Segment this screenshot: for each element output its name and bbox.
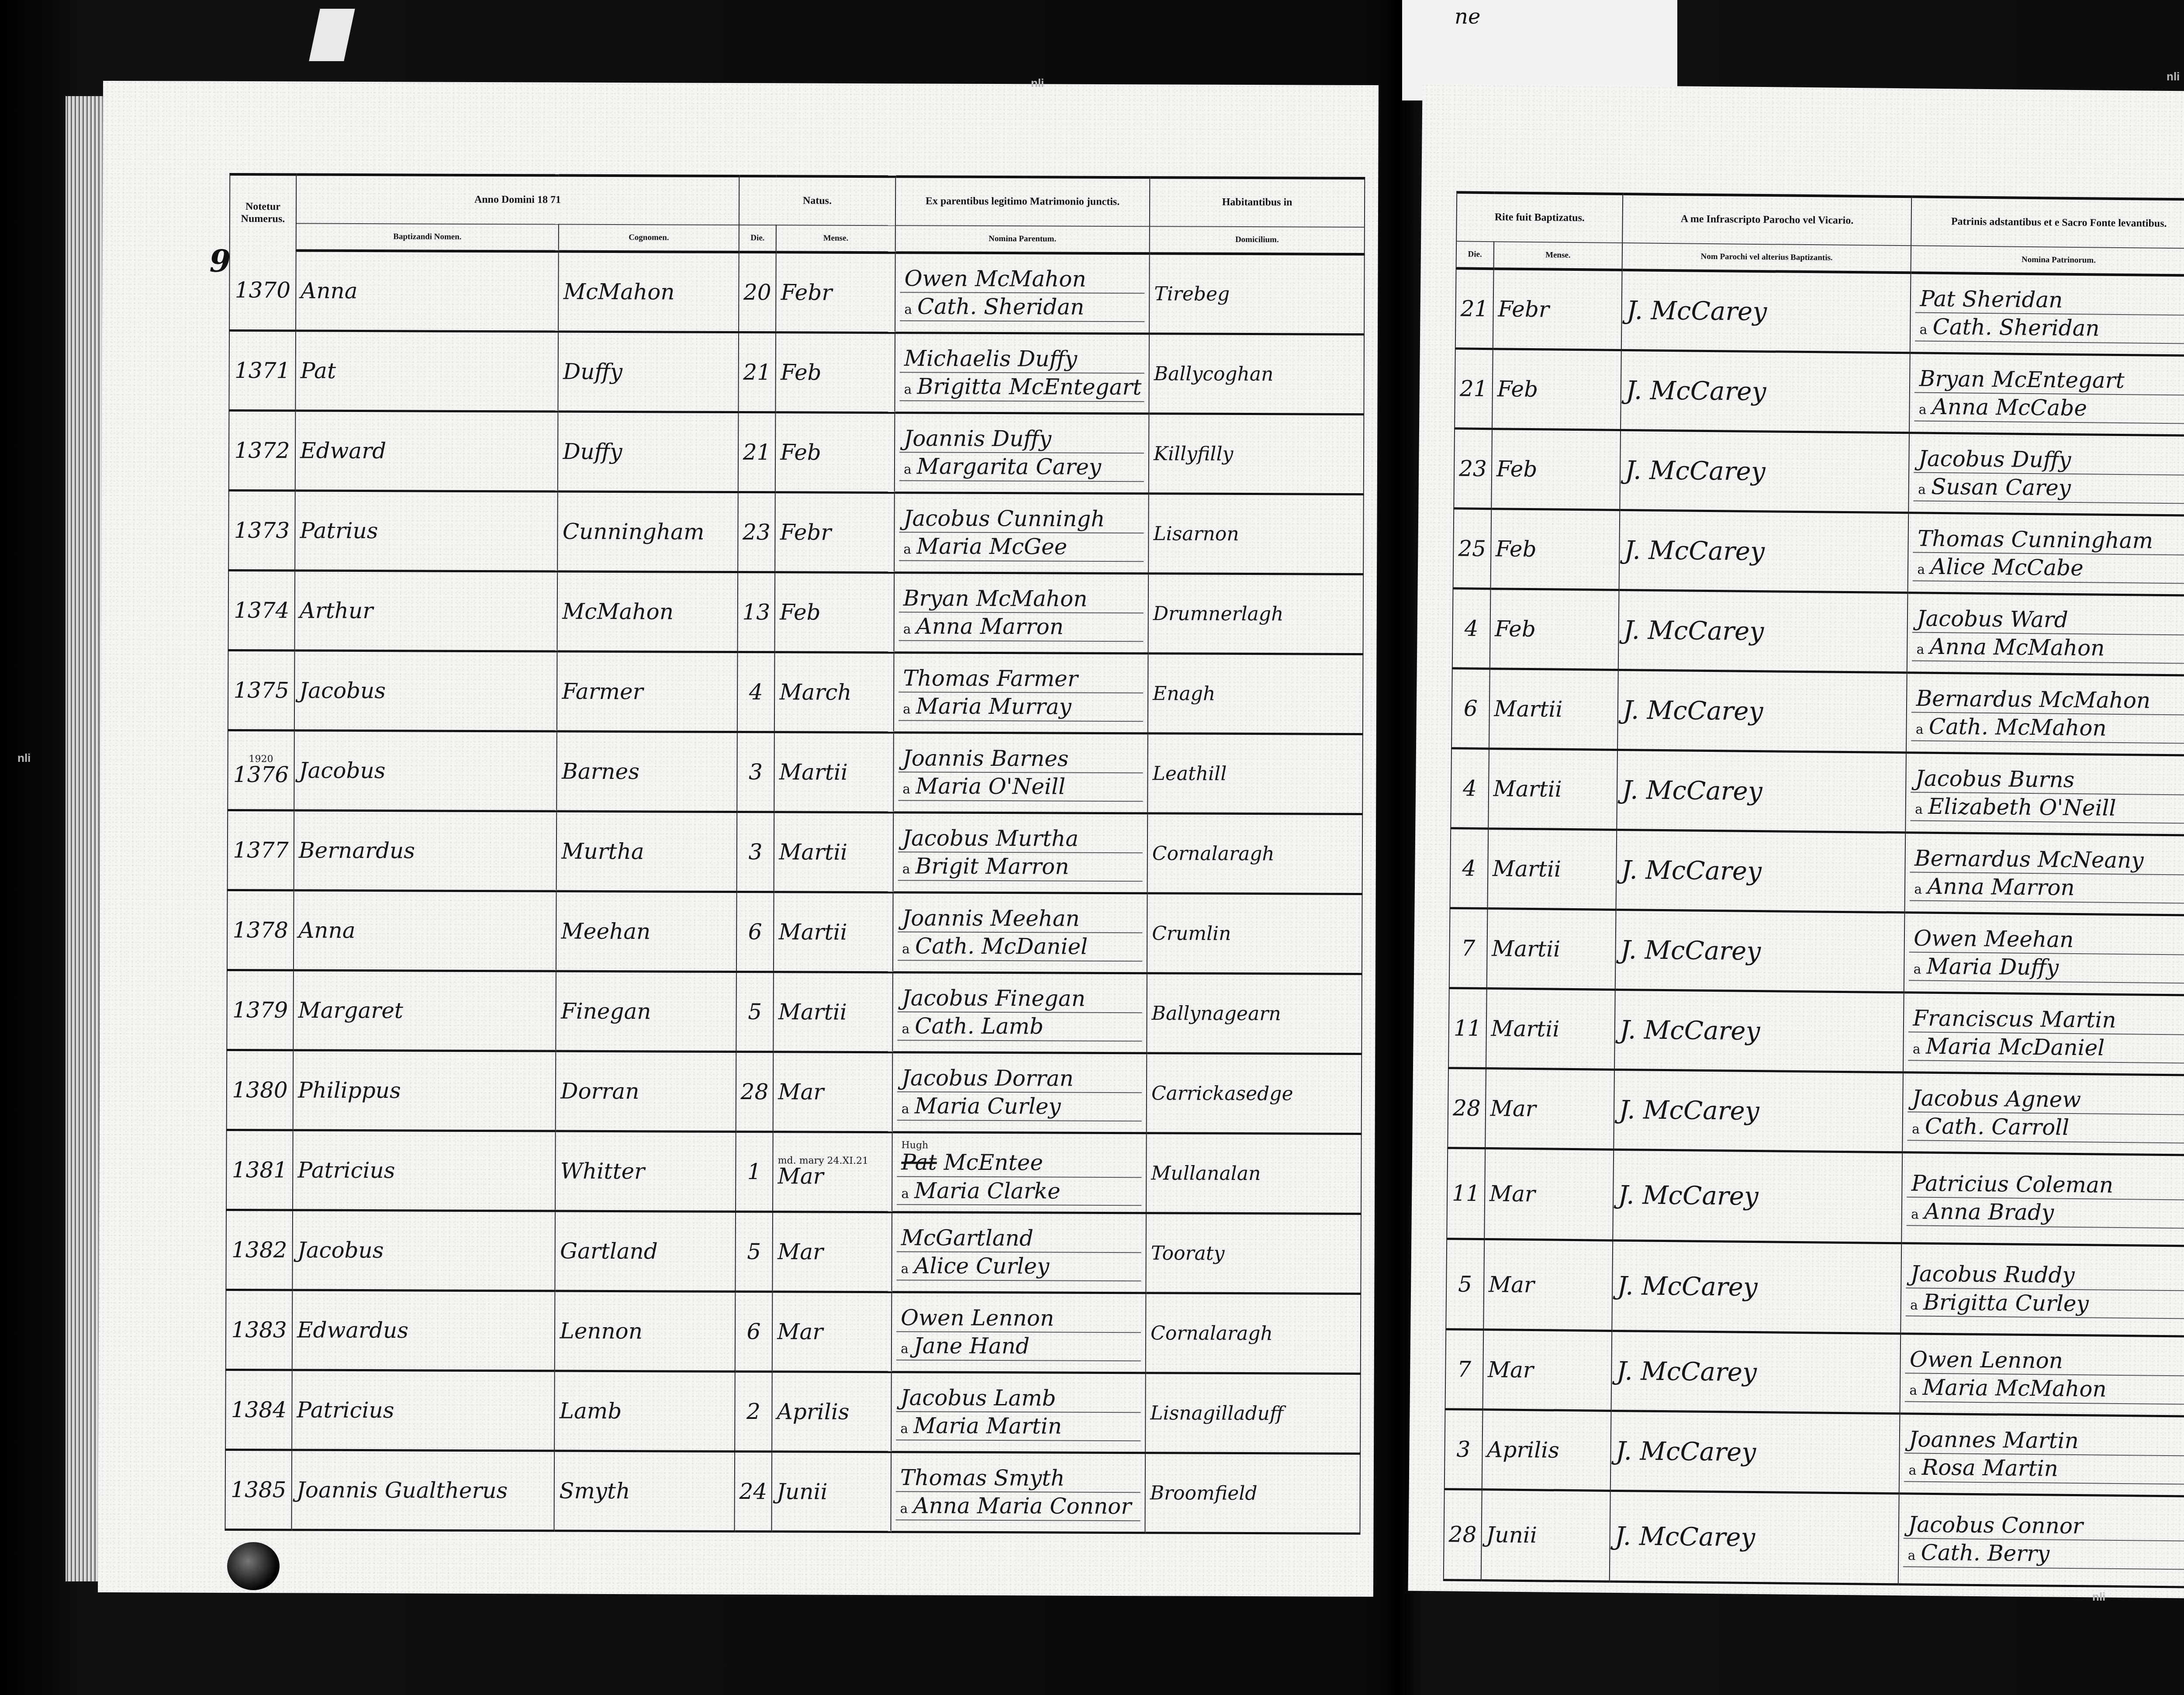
father-name: Jacobus Dorran: [902, 1065, 1074, 1091]
abode: Mullanalan: [1146, 1133, 1362, 1214]
entry-number: 1377: [228, 810, 294, 890]
baptized-surname: Cunningham: [558, 491, 738, 572]
baptism-month: Feb: [1489, 589, 1619, 670]
abode: Ballycoghan: [1149, 334, 1364, 415]
mother-line: aCath. Sheridan: [900, 293, 1144, 322]
father-line: Jacobus Lamb: [896, 1384, 1140, 1413]
birth-month-value: Aprilis: [777, 1399, 850, 1425]
baptism-month: Martii: [1486, 909, 1616, 990]
father-line: Jacobus Finegan: [898, 984, 1142, 1013]
register-row: 4FebJ. McCareyJacobus WardaAnna McMahon: [1452, 588, 2184, 679]
godmother-name: Anna Brady: [1924, 1199, 2054, 1225]
header-dies: Die.: [1456, 241, 1494, 269]
godmother-name: Anna McMahon: [1929, 634, 2105, 661]
father-line: Thomas Smyth: [896, 1464, 1140, 1493]
father-line: Bryan McMahon: [899, 585, 1144, 613]
et-mark: a: [1911, 1207, 1919, 1222]
entry-number: 1384: [225, 1370, 292, 1450]
godmother-line: aCath. Carroll: [1908, 1112, 2184, 1143]
abode: Cornalaragh: [1146, 1293, 1361, 1374]
godfather-name: Patricius Coleman: [1911, 1170, 2114, 1197]
header-anno-domini: Anno Domini 18 71: [296, 174, 739, 225]
father-line: Joannis Duffy: [899, 425, 1144, 453]
mother-line: aMaria Murray: [898, 692, 1143, 721]
baptized-surname: Lamb: [555, 1371, 735, 1451]
entry-number-value: 1372: [234, 438, 290, 463]
parents: Jacobus FineganaCath. Lamb: [892, 972, 1147, 1053]
baptism-day: 28: [1444, 1489, 1482, 1580]
baptism-month: Feb: [1492, 349, 1621, 430]
baptized-name: Pat: [295, 331, 558, 412]
sponsors: Jacobus WardaAnna McMahon: [1907, 593, 2184, 675]
mother-line: aMaria McGee: [899, 533, 1144, 561]
father-name: Michaelis Duffy: [904, 346, 1077, 371]
officiating-priest: J. McCarey: [1611, 1331, 1901, 1413]
godfather-line: Jacobus Ward: [1912, 605, 2184, 636]
baptized-name: Margaret: [293, 970, 556, 1051]
godfather-line: Bryan McEntegart: [1914, 365, 2184, 396]
godfather-line: Joannes Martin: [1904, 1425, 2184, 1456]
godfather-name: Jacobus Burns: [1915, 765, 2075, 792]
abode: Lisnagilladuff: [1145, 1373, 1361, 1454]
register-row: 1370AnnaMcMahon20FebrOwen McMahonaCath. …: [229, 250, 1365, 335]
birth-day: 3: [736, 812, 774, 892]
et-mark: a: [903, 622, 911, 637]
birth-month: March: [774, 652, 894, 733]
right-page: Rite fuit Baptizatus. A me Infrascripto …: [1408, 84, 2184, 1603]
parents: Jacobus CunninghaMaria McGee: [894, 493, 1149, 574]
godfather-line: Patricius Coleman: [1907, 1169, 2184, 1200]
birth-month-value: Martii: [778, 999, 847, 1025]
officiating-priest: J. McCarey: [1617, 670, 1907, 752]
baptism-day: 11: [1448, 988, 1486, 1069]
register-row: 1371PatDuffy21FebMichaelis DuffyaBrigitt…: [229, 330, 1364, 414]
sponsors: Pat SheridanaCath. Sheridan: [1910, 273, 2184, 356]
mother-name: Alice Curley: [914, 1253, 1049, 1279]
godfather-name: Thomas Cunningham: [1918, 526, 2153, 553]
register-row: 1385Joannis GualtherusSmyth24JuniiThomas…: [225, 1449, 1360, 1533]
baptized-name: Joannis Gualtherus: [291, 1450, 554, 1531]
header-rite: Rite fuit Baptizatus.: [1456, 192, 1623, 243]
birth-day: 13: [737, 572, 775, 652]
godfather-line: Jacobus Ruddy: [1906, 1260, 2184, 1291]
mother-name: Brigitta McEntegart: [917, 374, 1141, 400]
godfather-line: Pat Sheridan: [1915, 285, 2184, 316]
birth-month: Feb: [775, 412, 895, 493]
entry-number: 1380: [227, 1050, 294, 1130]
et-mark: a: [1919, 322, 1927, 338]
right-register-table: Rite fuit Baptizatus. A me Infrascripto …: [1443, 191, 2184, 1592]
entry-number: 1373: [228, 490, 295, 571]
birth-month: Mar: [773, 1212, 892, 1292]
birth-day: 24: [734, 1451, 772, 1531]
sponsors: Jacobus RuddyaBrigitta Curley: [1901, 1243, 2184, 1336]
sponsors: Jacobus AgnewaCath. Carroll: [1903, 1072, 2184, 1155]
register-row: 5MarJ. McCareyJacobus RuddyaBrigitta Cur…: [1446, 1238, 2184, 1340]
baptized-name: Jacobus: [294, 650, 557, 731]
father-line: Michaelis Duffy: [900, 345, 1144, 374]
mother-line: aAnna Maria Connor: [896, 1492, 1140, 1521]
entry-number: 1382: [226, 1210, 293, 1290]
godmother-name: Rosa Martin: [1921, 1455, 2058, 1481]
birth-month-value: Martii: [778, 919, 847, 945]
baptized-surname: McMahon: [557, 571, 738, 652]
register-row: 4MartiiJ. McCareyJacobus BurnsaElizabeth…: [1451, 748, 2184, 839]
abode: Lisarnon: [1148, 494, 1364, 574]
birth-month-value: Martii: [779, 839, 847, 865]
father-line: Joannis Meehan: [898, 904, 1142, 933]
sponsors: Bernardus McMahonaCath. McMahon: [1906, 673, 2184, 755]
baptism-day: 21: [1455, 349, 1493, 429]
entry-number-value: 1384: [231, 1397, 287, 1422]
baptism-day: 21: [1455, 268, 1493, 349]
mother-name: Anna Maria Connor: [913, 1493, 1131, 1519]
abode: Crumlin: [1147, 893, 1362, 974]
register-row: 4MartiiJ. McCareyBernardus McNeanyaAnna …: [1450, 828, 2184, 919]
godmother-name: Anna McCabe: [1932, 394, 2087, 421]
register-row: 25FebJ. McCareyThomas CunninghamaAlice M…: [1453, 508, 2184, 599]
father-name: Jacobus Cunningh: [903, 505, 1105, 532]
watermark: nli: [17, 751, 31, 765]
officiating-priest: J. McCarey: [1610, 1491, 1899, 1584]
et-mark: a: [1914, 882, 1922, 897]
birth-month-value: Feb: [780, 439, 821, 465]
et-mark: a: [902, 782, 910, 797]
baptism-month: Feb: [1491, 429, 1621, 510]
mother-line: aCath. Lamb: [897, 1012, 1142, 1041]
et-mark: a: [904, 462, 912, 477]
godfather-line: Jacobus Duffy: [1914, 445, 2184, 476]
godmother-line: aSusan Carey: [1914, 473, 2184, 504]
sponsors: Owen LennonaMaria McMahon: [1900, 1334, 2184, 1416]
father-name: Jacobus Murtha: [902, 825, 1078, 851]
birth-month-value: Feb: [781, 360, 822, 385]
godmother-line: aCath. McMahon: [1911, 713, 2184, 744]
baptized-surname: Duffy: [558, 332, 739, 412]
header-abode-sub: Domicilium.: [1150, 226, 1365, 254]
mother-name: Jane Hand: [914, 1333, 1030, 1359]
slip-mark: ne: [1455, 4, 1480, 29]
register-row: 23FebJ. McCareyJacobus DuffyaSusan Carey: [1454, 429, 2184, 519]
parents: McGartlandaAlice Curley: [892, 1212, 1146, 1293]
birth-day: 23: [738, 492, 775, 572]
birth-month: Martii: [774, 892, 893, 972]
godfather-line: Owen Meehan: [1909, 924, 2184, 955]
baptized-name: Patricius: [293, 1130, 556, 1211]
watermark: nli: [2092, 1590, 2105, 1604]
et-mark: a: [1908, 1548, 1916, 1564]
folio-number: 9: [209, 243, 231, 279]
godfather-line: Bernardus McMahon: [1911, 685, 2184, 716]
father-line: HughPat McEntee: [897, 1139, 1141, 1178]
baptized-name: Bernardus: [294, 810, 557, 891]
birth-month: Feb: [776, 332, 895, 413]
godfather-line: Jacobus Agnew: [1908, 1084, 2184, 1115]
abode: Tirebeg: [1149, 253, 1365, 334]
birth-month-value: Feb: [780, 599, 821, 625]
sponsors: Bernardus McNeanyaAnna Marron: [1905, 833, 2184, 915]
et-mark: a: [1913, 962, 1921, 977]
birth-day: 2: [735, 1371, 772, 1451]
register-row: 3AprilisJ. McCareyJoannes MartinaRosa Ma…: [1444, 1409, 2184, 1500]
sponsors: Patricius ColemanaAnna Brady: [1902, 1152, 2184, 1246]
register-row: 1375JacobusFarmer4MarchThomas FarmeraMar…: [228, 650, 1363, 734]
godfather-name: Bernardus McMahon: [1916, 685, 2150, 713]
register-row: 1373PatriusCunningham23FebrJacobus Cunni…: [228, 490, 1364, 574]
baptism-day: 7: [1445, 1329, 1483, 1410]
birth-day: 5: [736, 972, 774, 1052]
register-row: 7MarJ. McCareyOwen LennonaMaria McMahon: [1445, 1329, 2184, 1420]
godmother-name: Susan Carey: [1931, 474, 2071, 501]
et-mark: a: [904, 382, 912, 397]
register-row: 21FebrJ. McCareyPat SheridanaCath. Sheri…: [1455, 268, 2184, 360]
birth-day: 21: [738, 412, 775, 492]
abode: Killyfilly: [1149, 414, 1364, 495]
godfather-line: Owen Lennon: [1905, 1346, 2184, 1377]
baptized-name: Patricius: [292, 1370, 555, 1451]
register-row: 6MartiiJ. McCareyBernardus McMahonaCath.…: [1451, 668, 2184, 759]
parents: Thomas SmythaAnna Maria Connor: [891, 1452, 1145, 1533]
birth-month: Junii: [772, 1452, 891, 1532]
baptism-day: 11: [1447, 1148, 1485, 1239]
birth-day: 6: [735, 1291, 772, 1371]
baptism-day: 25: [1453, 508, 1491, 589]
birth-day: 20: [739, 252, 776, 332]
father-name: Bryan McMahon: [903, 585, 1088, 611]
register-row: 1374ArthurMcMahon13FebBryan McMahonaAnna…: [228, 570, 1363, 654]
entry-number-value: 1382: [232, 1237, 287, 1263]
baptism-day: 6: [1451, 668, 1489, 749]
godmother-name: Elizabeth O'Neill: [1928, 794, 2116, 821]
parents: HughPat McEnteeaMaria Clarke: [892, 1132, 1147, 1213]
godfather-name: Jacobus Ruddy: [1911, 1261, 2075, 1288]
sponsors: Bryan McEntegartaAnna McCabe: [1909, 353, 2184, 436]
godfather-name: Jacobus Connor: [1908, 1512, 2083, 1539]
baptism-month: Mar: [1485, 1069, 1614, 1150]
godmother-name: Cath. Sheridan: [1932, 314, 2100, 341]
register-row: 28MarJ. McCareyJacobus AgnewaCath. Carro…: [1448, 1068, 2184, 1159]
sponsors: Franciscus MartinaMaria McDaniel: [1903, 993, 2184, 1075]
birth-month-value: Martii: [779, 759, 848, 785]
entry-number-value: 1383: [231, 1317, 287, 1342]
baptism-month: Martii: [1488, 749, 1617, 830]
baptized-surname: Gartland: [555, 1211, 736, 1291]
entry-number: 19201376: [228, 730, 294, 810]
mother-line: aCath. McDaniel: [898, 932, 1142, 961]
father-name: Joannis Duffy: [904, 425, 1051, 451]
register-row: 1378AnnaMeehan6MartiiJoannis MeehanaCath…: [227, 890, 1362, 974]
left-page: Notetur Numerus. Anno Domini 18 71 Natus…: [98, 81, 1379, 1597]
officiating-priest: J. McCarey: [1620, 430, 1910, 512]
father-line: Owen Lennon: [896, 1304, 1141, 1333]
register-row: 7MartiiJ. McCareyOwen MeehanaMaria Duffy: [1449, 908, 2184, 999]
birth-day: 4: [737, 652, 775, 732]
godfather-name: Owen Lennon: [1910, 1346, 2063, 1373]
birth-day: 1: [736, 1131, 773, 1211]
abode: Cornalaragh: [1147, 813, 1363, 894]
birth-month: md. mary 24.XI.21Mar: [773, 1132, 892, 1212]
baptized-name: Jacobus: [292, 1210, 555, 1291]
register-row: 1372EdwardDuffy21FebJoannis DuffyaMargar…: [229, 410, 1364, 494]
godfather-line: Thomas Cunningham: [1913, 525, 2184, 556]
header-abode: Habitantibus in: [1150, 177, 1365, 227]
struck-name: Pat: [901, 1150, 937, 1175]
godfather-name: Franciscus Martin: [1913, 1005, 2116, 1032]
baptized-name: Edwardus: [292, 1290, 555, 1371]
godmother-line: aAnna Brady: [1907, 1198, 2184, 1229]
header-natus: Natus.: [739, 176, 896, 225]
parents: Jacobus DorranaMaria Curley: [892, 1052, 1147, 1133]
header-baptizandi: Baptizandi Nomen.: [296, 223, 559, 251]
baptism-month: Feb: [1490, 509, 1620, 590]
baptism-day: 7: [1449, 908, 1487, 989]
godfather-line: Jacobus Connor: [1904, 1511, 2184, 1542]
father-name: McGartland: [901, 1225, 1033, 1251]
register-row: 11MarJ. McCareyPatricius ColemanaAnna Br…: [1447, 1148, 2184, 1250]
baptized-surname: Dorran: [556, 1051, 736, 1131]
mother-name: Maria Clarke: [914, 1178, 1061, 1204]
watermark: nli: [1031, 76, 1044, 90]
father-line: Thomas Farmer: [898, 664, 1143, 693]
baptized-name: Anna: [294, 890, 556, 971]
entry-number-value: 1385: [231, 1477, 286, 1502]
birth-month: Febr: [775, 492, 894, 573]
mother-line: aMaria O'Neill: [898, 772, 1143, 801]
birth-month: Feb: [775, 572, 894, 653]
entry-number: 1372: [229, 410, 296, 491]
godmother-line: aElizabeth O'Neill: [1911, 792, 2184, 823]
abode: Drumnerlagh: [1148, 574, 1363, 654]
mother-name: Maria O'Neill: [916, 773, 1065, 799]
godfather-line: Jacobus Burns: [1911, 764, 2184, 796]
et-mark: a: [901, 1341, 909, 1356]
entry-number: 1381: [226, 1130, 293, 1210]
abode: Carrickasedge: [1147, 1053, 1362, 1134]
godmother-name: Brigitta Curley: [1923, 1289, 2089, 1316]
entry-number-value: 1374: [234, 598, 289, 623]
birth-day: 28: [736, 1052, 773, 1131]
father-line: Jacobus Cunningh: [899, 505, 1144, 533]
entry-number-value: 1377: [233, 837, 288, 863]
godmother-line: aMaria McDaniel: [1908, 1032, 2184, 1063]
baptism-day: 4: [1450, 828, 1488, 909]
officiating-priest: J. McCarey: [1616, 830, 1906, 912]
register-row: 1384PatriciusLamb2AprilisJacobus LambaMa…: [225, 1370, 1361, 1453]
et-mark: a: [1913, 1041, 1921, 1057]
birth-day: 3: [737, 732, 774, 812]
abode: Leathill: [1147, 733, 1363, 814]
father-line: McGartland: [897, 1224, 1141, 1253]
register-row: 11MartiiJ. McCareyFranciscus MartinaMari…: [1448, 988, 2184, 1079]
register-row: 1381PatriciusWhitter1md. mary 24.XI.21Ma…: [226, 1130, 1362, 1214]
et-mark: a: [903, 542, 911, 557]
godmother-line: aAnna McMahon: [1912, 633, 2184, 664]
baptized-name: Jacobus: [294, 730, 557, 811]
birth-month-value: Febr: [780, 519, 832, 545]
baptism-day: 4: [1451, 748, 1489, 829]
entry-number-value: 1380: [232, 1077, 287, 1103]
baptized-surname: Barnes: [557, 731, 737, 812]
godfather-name: Joannes Martin: [1909, 1426, 2079, 1453]
baptism-month: Martii: [1489, 669, 1618, 750]
header-dies: Die.: [739, 225, 776, 252]
godmother-line: aRosa Martin: [1904, 1453, 2184, 1484]
birth-month: Mar: [773, 1052, 892, 1132]
birth-month-value: Mar: [778, 1163, 824, 1189]
entry-number: 1385: [225, 1449, 292, 1530]
godmother-line: aAnna McCabe: [1914, 393, 2184, 424]
birth-month: Mar: [772, 1292, 892, 1372]
baptized-surname: Lennon: [555, 1291, 735, 1371]
entry-number: 1379: [227, 970, 294, 1050]
entry-number-value: 1379: [232, 997, 288, 1023]
godmother-name: Anna Marron: [1927, 874, 2075, 900]
father-name: Joannis Barnes: [903, 745, 1069, 771]
baptized-surname: McMahon: [558, 252, 739, 332]
birth-month: Febr: [776, 252, 895, 332]
entry-number: 1375: [228, 650, 295, 730]
birth-month-value: March: [779, 679, 851, 705]
entry-number-value: 1370: [235, 277, 290, 302]
sponsors: Joannes MartinaRosa Martin: [1899, 1414, 2184, 1496]
godmother-name: Cath. McMahon: [1929, 714, 2107, 741]
father-line: Owen McMahon: [900, 265, 1144, 294]
register-row: 28JuniiJ. McCareyJacobus ConnoraCath. Be…: [1444, 1489, 2184, 1591]
birth-month-value: Junii: [777, 1479, 828, 1504]
header-priest-sub: Nom Parochi vel alterius Baptizantis.: [1622, 243, 1911, 273]
father-name: Joannis Meehan: [902, 905, 1080, 931]
et-mark: a: [1915, 802, 1923, 817]
register-row: 21FebJ. McCareyBryan McEntegartaAnna McC…: [1455, 349, 2184, 439]
entry-number: 1371: [229, 330, 296, 411]
register-row: 19201376JacobusBarnes3MartiiJoannis Barn…: [228, 730, 1363, 814]
mother-name: Maria Murray: [916, 693, 1071, 719]
register-row: 1379MargaretFinegan5MartiiJacobus Finega…: [227, 970, 1362, 1054]
father-line: Jacobus Dorran: [897, 1064, 1142, 1093]
godmother-name: Maria McMahon: [1922, 1375, 2107, 1402]
mother-line: aMaria Martin: [896, 1412, 1140, 1441]
header-priest: A me Infrascripto Parocho vel Vicario.: [1622, 194, 1911, 246]
header-parents-sub: Nomina Parentum.: [895, 225, 1150, 253]
baptized-name: Anna: [296, 250, 559, 332]
mother-name: Cath. Lamb: [915, 1013, 1044, 1039]
officiating-priest: J. McCarey: [1621, 350, 1910, 432]
father-name: Jacobus Finegan: [902, 985, 1085, 1011]
birth-month: Martii: [774, 732, 894, 813]
abode: Tooraty: [1146, 1213, 1361, 1294]
entry-number-value: 1381: [232, 1157, 287, 1183]
officiating-priest: J. McCarey: [1618, 590, 1908, 672]
sponsors: Jacobus DuffyaSusan Carey: [1909, 433, 2184, 515]
baptized-surname: Murtha: [556, 811, 737, 892]
baptized-surname: Whitter: [555, 1131, 736, 1211]
father-name: Owen McMahon: [904, 266, 1086, 291]
binding-clip: [227, 1542, 280, 1590]
register-row: 1383EdwardusLennon6MarOwen LennonaJane H…: [226, 1290, 1361, 1373]
baptized-name: Patrius: [295, 491, 558, 571]
birth-month: Martii: [774, 972, 893, 1052]
header-parents: Ex parentibus legitimo Matrimonio juncti…: [895, 176, 1150, 226]
officiating-priest: J. McCarey: [1621, 270, 1911, 353]
godfather-line: Bernardus McNeany: [1910, 844, 2184, 875]
officiating-priest: J. McCarey: [1619, 510, 1909, 592]
baptism-month: Martii: [1486, 989, 1615, 1070]
father-name: Thomas Smyth: [900, 1465, 1065, 1491]
abode: Enagh: [1148, 654, 1363, 734]
entry-number-value: 1373: [234, 518, 290, 543]
et-mark: a: [1919, 402, 1927, 418]
entry-number: 1383: [226, 1290, 293, 1370]
